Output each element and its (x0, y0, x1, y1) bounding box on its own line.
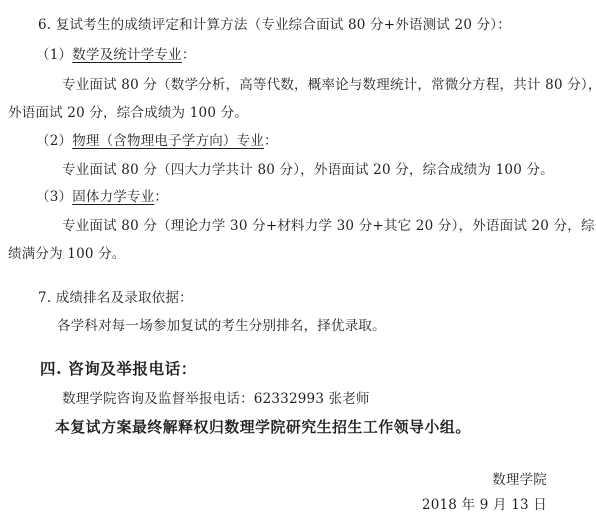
item-1-colon: ： (182, 47, 196, 63)
section-6-heading: 6. 复试考生的成绩评定和计算方法（专业综合面试 80 分+外语测试 20 分）… (38, 16, 511, 34)
item-3-body-line-1: 专业面试 80 分（理论力学 30 分+材料力学 30 分+其它 20 分），外… (62, 217, 596, 235)
item-2-title: （2）物理（含物理电子学方向）专业： (36, 132, 278, 150)
signature-date: 2018 年 9 月 13 日 (422, 496, 547, 514)
item-2-major: 物理（含物理电子学方向）专业 (72, 133, 264, 149)
item-3-title: （3）固体力学专业： (36, 188, 168, 206)
item-1-body-line-2: 外语面试 20 分，综合成绩为 100 分。 (8, 104, 248, 122)
contact-phone-line: 数理学院咨询及监督举报电话：62332993 张老师 (62, 390, 370, 408)
item-3-major: 固体力学专业 (72, 189, 154, 205)
item-1-body-line-1: 专业面试 80 分（数学分析，高等代数，概率论与数理统计，常微分方程，共计 80… (62, 76, 596, 94)
section-7-body: 各学科对每一场参加复试的考生分别排名，择优录取。 (57, 317, 386, 335)
item-1-major: 数学及统计学专业 (72, 47, 182, 63)
section-4-heading: 四. 咨询及举报电话： (40, 359, 197, 380)
item-2-number: （2） (36, 133, 72, 149)
item-2-colon: ： (264, 133, 278, 149)
item-1-title: （1）数学及统计学专业： (36, 46, 196, 64)
item-3-number: （3） (36, 189, 72, 205)
item-3-colon: ： (154, 189, 168, 205)
signature-org: 数理学院 (492, 471, 547, 489)
item-3-body-line-2: 绩满分为 100 分。 (8, 245, 126, 263)
document-page: 6. 复试考生的成绩评定和计算方法（专业综合面试 80 分+外语测试 20 分）… (0, 0, 596, 530)
disclaimer-line: 本复试方案最终解释权归数理学院研究生招生工作领导小组。 (55, 418, 471, 438)
item-1-number: （1） (36, 47, 72, 63)
item-2-body-line-1: 专业面试 80 分（四大力学共计 80 分），外语面试 20 分，综合成绩为 1… (62, 161, 554, 179)
section-7-heading: 7. 成绩排名及录取依据： (38, 289, 193, 307)
